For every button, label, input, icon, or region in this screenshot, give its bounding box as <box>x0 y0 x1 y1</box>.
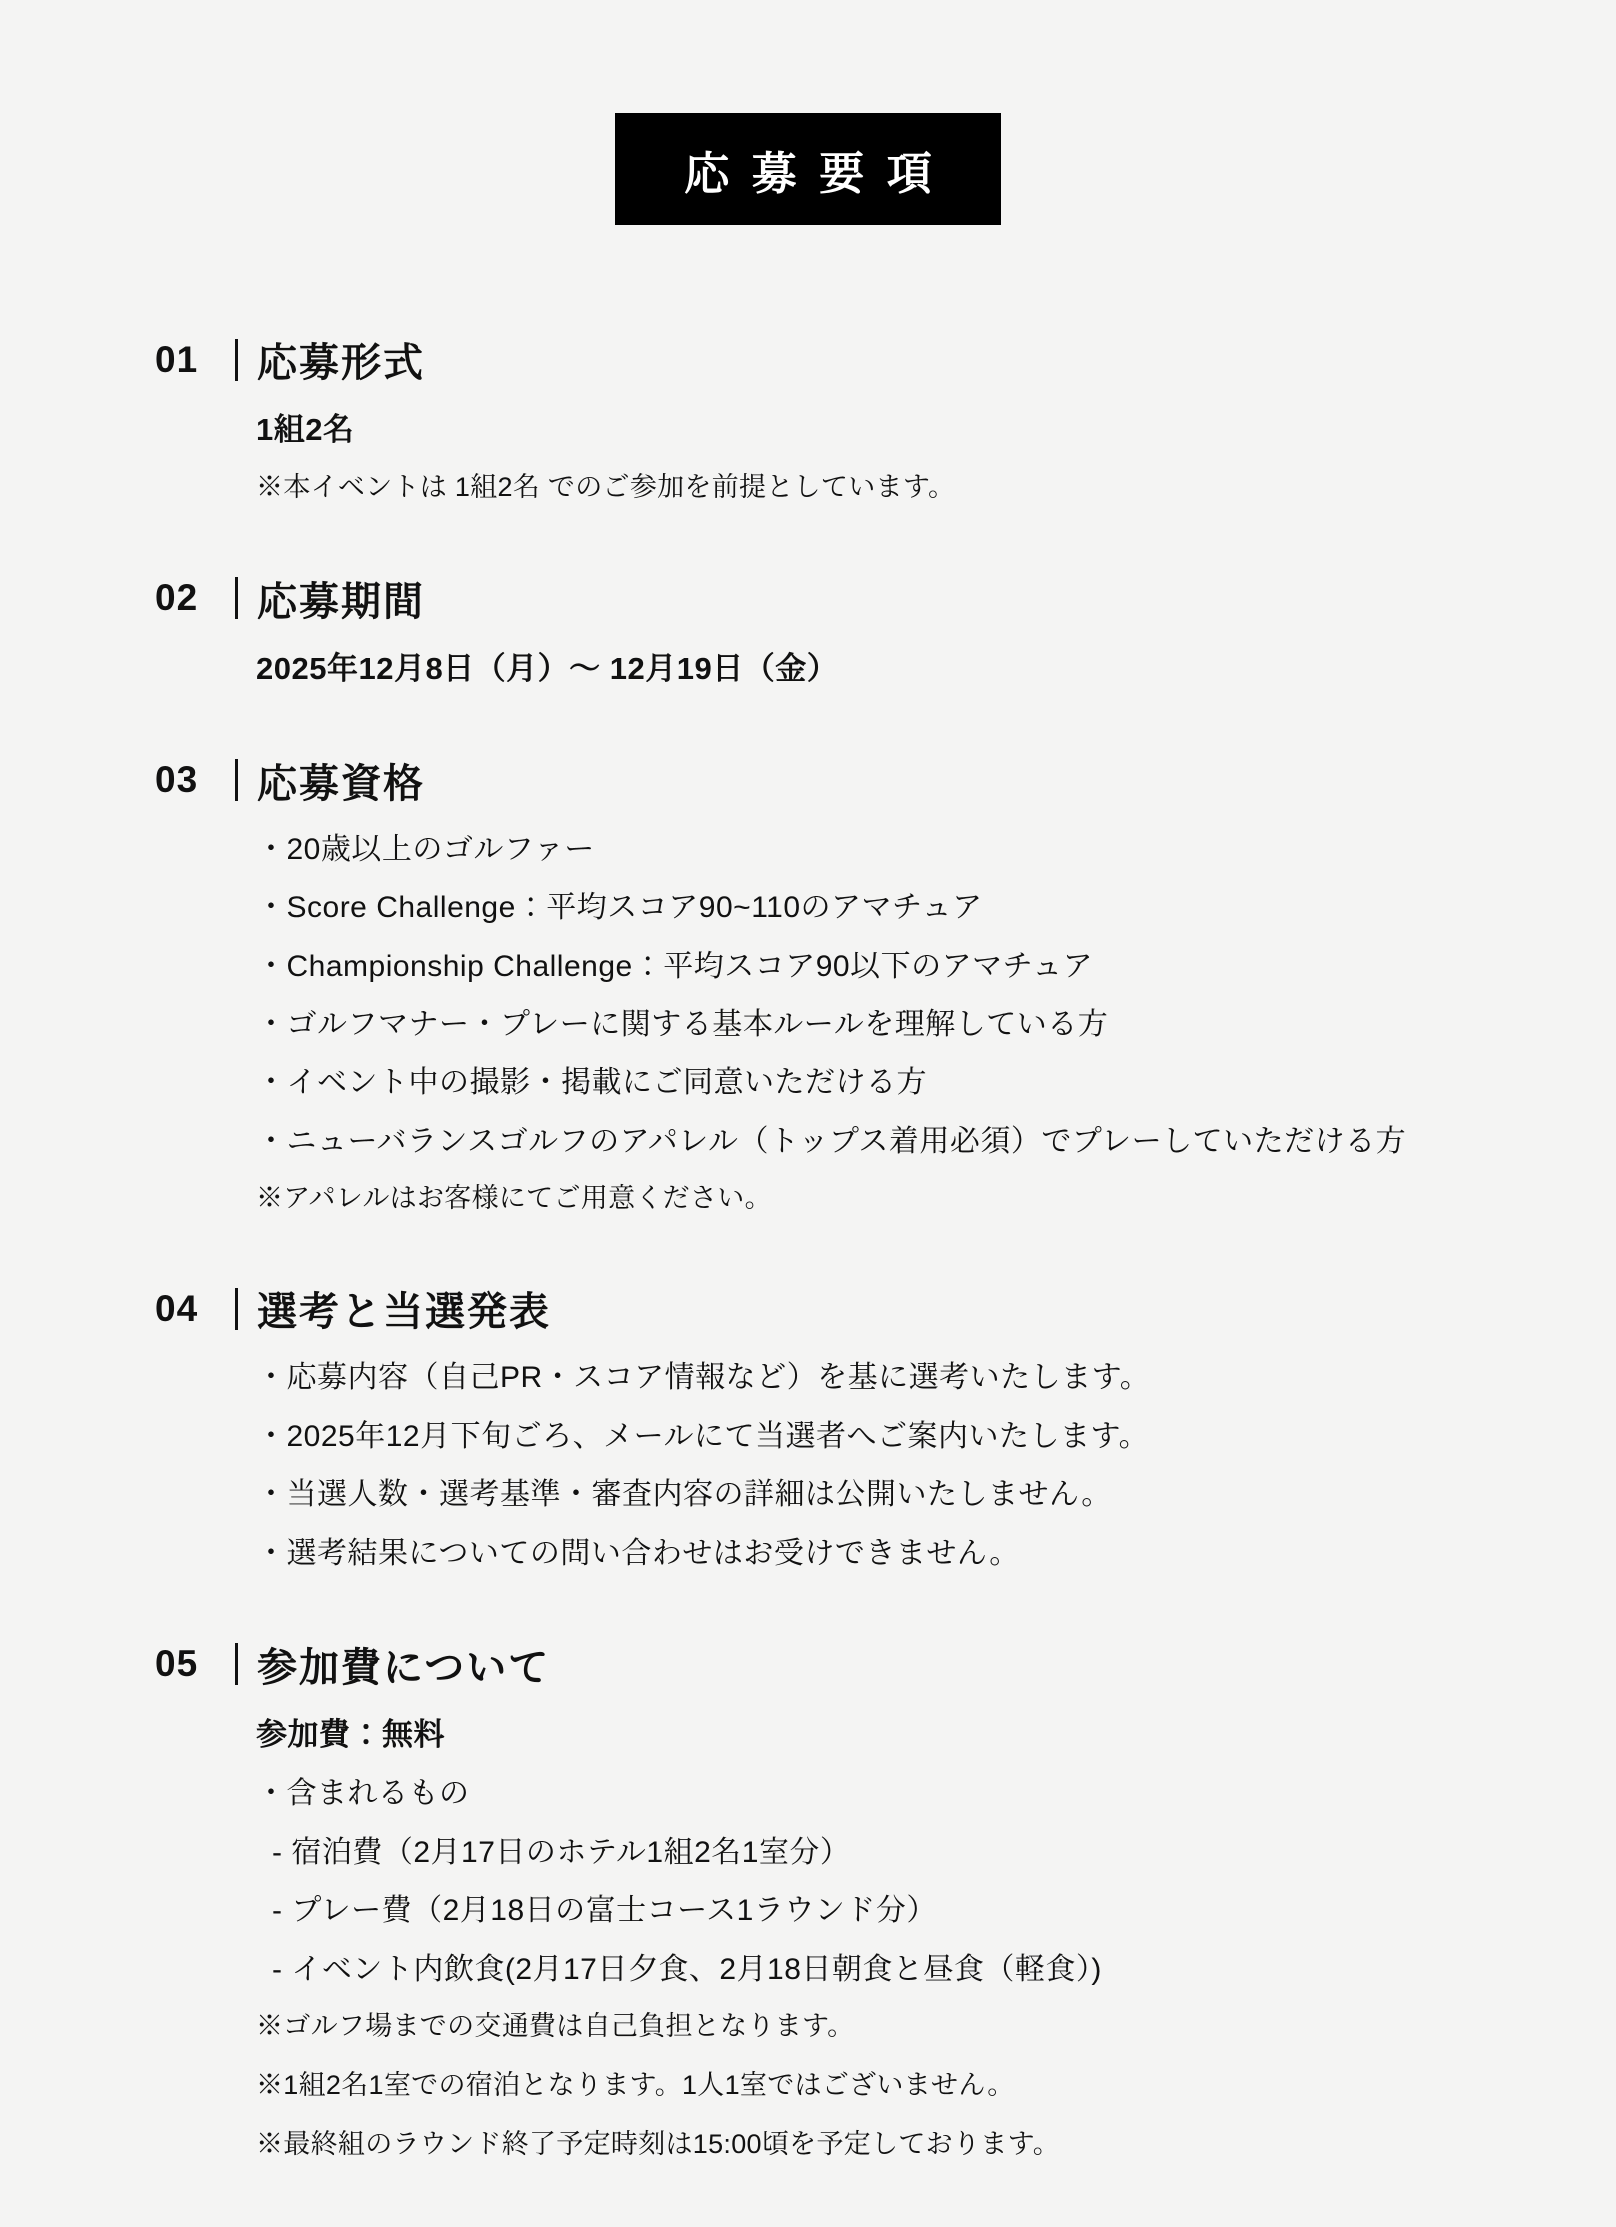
section-bullet-line: ・含まれるもの <box>256 1773 1556 1814</box>
section-sub-line: - 宿泊費（2月17日のホテル1組2名1室分） <box>256 1832 1556 1873</box>
section-body: 参加費：無料・含まれるもの- 宿泊費（2月17日のホテル1組2名1室分）- プレ… <box>155 1713 1556 2164</box>
section-header: 03 応募資格 <box>155 752 1556 809</box>
sections-container: 01 応募形式 1組2名※本イベントは 1組2名 でのご参加を前提としています。… <box>0 331 1616 2164</box>
section-heading: 応募資格 <box>257 752 425 809</box>
section-bullet-line: ・2025年12月下旬ごろ、メールにて当選者へご案内いたします。 <box>256 1416 1556 1457</box>
section-body: 1組2名※本イベントは 1組2名 でのご参加を前提としています。 <box>155 408 1556 508</box>
section-bullet-line: ・選考結果についての問い合わせはお受けできません。 <box>256 1533 1556 1574</box>
section: 01 応募形式 1組2名※本イベントは 1組2名 でのご参加を前提としています。 <box>0 331 1616 508</box>
section-bullet-line: ・ゴルフマナー・プレーに関する基本ルールを理解している方 <box>256 1004 1556 1045</box>
section-divider <box>235 1643 238 1685</box>
section-heading: 応募期間 <box>257 570 425 627</box>
section: 05 参加費について 参加費：無料・含まれるもの- 宿泊費（2月17日のホテル1… <box>0 1636 1616 2164</box>
section-header: 05 参加費について <box>155 1636 1556 1693</box>
section: 03 応募資格 ・20歳以上のゴルファー・Score Challenge：平均ス… <box>0 752 1616 1218</box>
section-bullet-line: ・イベント中の撮影・掲載にご同意いただける方 <box>256 1062 1556 1103</box>
section-sub-line: - イベント内飲食(2月17日夕食、2月18日朝食と昼食（軽食）) <box>256 1949 1556 1990</box>
section-sub-line: - プレー費（2月18日の富士コース1ラウンド分） <box>256 1890 1556 1931</box>
section-heading: 選考と当選発表 <box>257 1280 551 1337</box>
section-divider <box>235 577 238 619</box>
section-divider <box>235 1288 238 1330</box>
section-header: 02 応募期間 <box>155 570 1556 627</box>
section-body: ・応募内容（自己PR・スコア情報など）を基に選考いたします。・2025年12月下… <box>155 1357 1556 1574</box>
section-divider <box>235 759 238 801</box>
section-body: 2025年12月8日（月）～ 12月19日（金） <box>155 647 1556 690</box>
section: 04 選考と当選発表 ・応募内容（自己PR・スコア情報など）を基に選考いたします… <box>0 1280 1616 1574</box>
section-bold-line: 1組2名 <box>256 408 1556 451</box>
section-divider <box>235 339 238 381</box>
section-header: 01 応募形式 <box>155 331 1556 388</box>
section-note-line: ※最終組のラウンド終了予定時刻は15:00頃を予定しております。 <box>256 2125 1556 2164</box>
section-note-line: ※1組2名1室での宿泊となります。1人1室ではございません。 <box>256 2066 1556 2105</box>
section-bullet-line: ・ニューバランスゴルフのアパレル（トップス着用必須）でプレーしていただける方 <box>256 1121 1556 1162</box>
page-title-banner: 応募要項 <box>615 113 1001 225</box>
section-number: 01 <box>155 339 235 381</box>
section: 02 応募期間 2025年12月8日（月）～ 12月19日（金） <box>0 570 1616 690</box>
section-bullet-line: ・当選人数・選考基準・審査内容の詳細は公開いたしません。 <box>256 1474 1556 1515</box>
section-body: ・20歳以上のゴルファー・Score Challenge：平均スコア90~110… <box>155 829 1556 1218</box>
section-number: 02 <box>155 577 235 619</box>
section-heading: 参加費について <box>257 1636 550 1693</box>
section-note-line: ※アパレルはお客様にてご用意ください。 <box>256 1179 1556 1218</box>
section-header: 04 選考と当選発表 <box>155 1280 1556 1337</box>
section-bullet-line: ・応募内容（自己PR・スコア情報など）を基に選考いたします。 <box>256 1357 1556 1398</box>
section-bold-line: 参加費：無料 <box>256 1713 1556 1756</box>
section-bullet-line: ・Score Challenge：平均スコア90~110のアマチュア <box>256 887 1556 928</box>
section-number: 05 <box>155 1643 235 1685</box>
section-number: 03 <box>155 759 235 801</box>
section-heading: 応募形式 <box>257 331 425 388</box>
section-bullet-line: ・Championship Challenge：平均スコア90以下のアマチュア <box>256 946 1556 987</box>
section-note-line: ※ゴルフ場までの交通費は自己負担となります。 <box>256 2007 1556 2046</box>
section-note-line: ※本イベントは 1組2名 でのご参加を前提としています。 <box>256 468 1556 507</box>
section-bold-line: 2025年12月8日（月）～ 12月19日（金） <box>256 647 1556 690</box>
application-guidelines-page: 応募要項 01 応募形式 1組2名※本イベントは 1組2名 でのご参加を前提とし… <box>0 0 1616 2227</box>
section-bullet-line: ・20歳以上のゴルファー <box>256 829 1556 870</box>
section-number: 04 <box>155 1288 235 1330</box>
